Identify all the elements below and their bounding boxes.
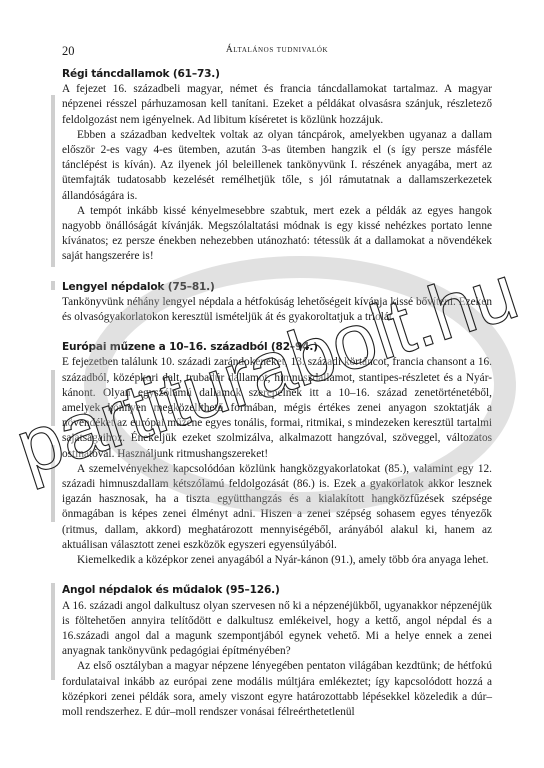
running-head: 20 Általános tudnivalók	[62, 44, 492, 58]
paragraph: Tankönyvünk néhány lengyel népdala a hét…	[62, 295, 492, 325]
change-bar	[51, 370, 55, 426]
change-bar	[51, 281, 55, 290]
section-heading: Európai műzene a 10–16. századból (82–94…	[62, 340, 492, 355]
paragraph: E fejezetben találunk 10. századi zaránd…	[62, 355, 492, 461]
document-page: 20 Általános tudnivalók Régi táncdallamo…	[0, 0, 544, 768]
paragraph: Kiemelkedik a középkor zenei anyagából a…	[62, 553, 492, 568]
paragraph: A 16. századi angol dalkultusz olyan sze…	[62, 599, 492, 660]
section-heading: Lengyel népdalok (75–81.)	[62, 280, 492, 295]
section-heading: Régi táncdallamok (61–73.)	[62, 67, 492, 82]
section-lengyel-nepdalok: Lengyel népdalok (75–81.) Tankönyvünk né…	[62, 280, 492, 326]
change-bar	[51, 95, 55, 267]
paragraph: Ebben a században kedveltek voltak az ol…	[62, 128, 492, 204]
change-bar	[51, 445, 55, 522]
paragraph: A tempót inkább kissé kényelmesebbre sza…	[62, 204, 492, 265]
section-europai-muzene: Európai műzene a 10–16. századból (82–94…	[62, 340, 492, 568]
running-title: Általános tudnivalók	[62, 45, 492, 55]
paragraph: Az első osztályban a magyar népzene lény…	[62, 659, 492, 720]
paragraph: A fejezet 16. századbeli magyar, német é…	[62, 82, 492, 128]
section-regi-tancdallamok: Régi táncdallamok (61–73.) A fejezet 16.…	[62, 67, 492, 265]
section-heading: Angol népdalok és műdalok (95–126.)	[62, 583, 492, 598]
section-angol-nepdalok: Angol népdalok és műdalok (95–126.) A 16…	[62, 583, 492, 720]
change-bar	[51, 583, 55, 680]
document-body: Régi táncdallamok (61–73.) A fejezet 16.…	[62, 67, 492, 735]
paragraph: A szemelvényekhez kapcsolódóan közlünk h…	[62, 462, 492, 553]
